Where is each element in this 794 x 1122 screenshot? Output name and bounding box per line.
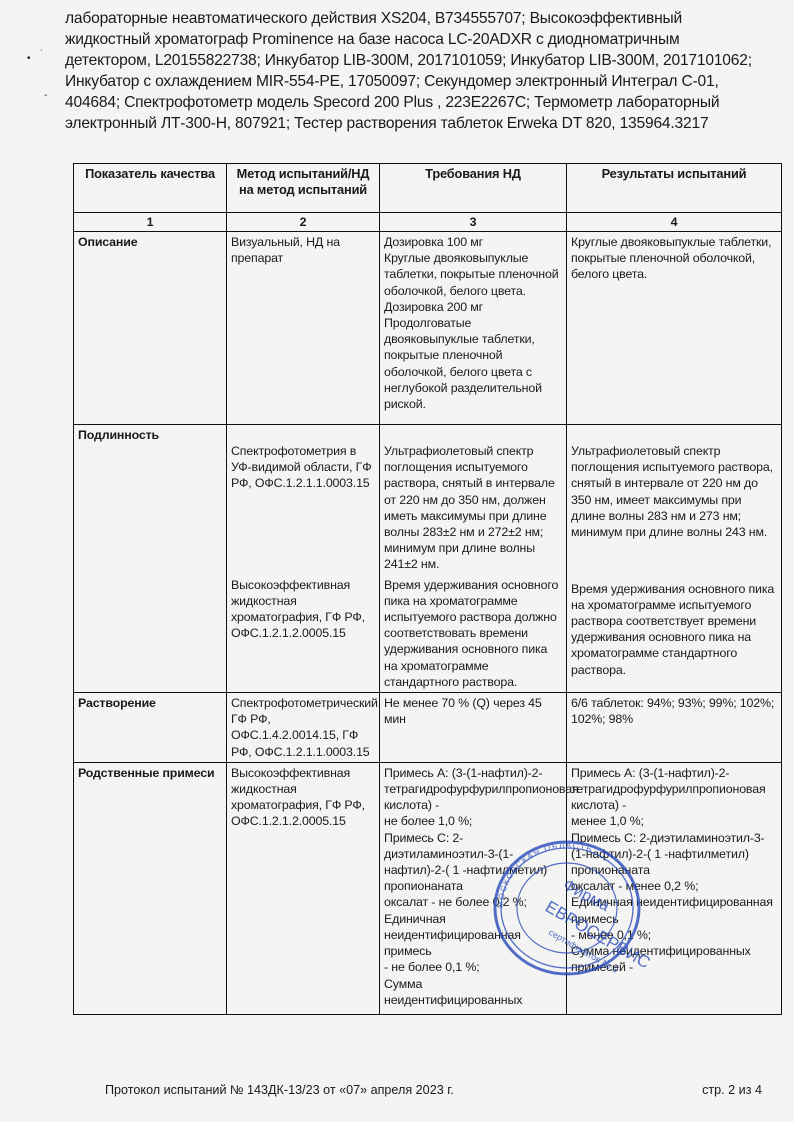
- impurity-c-name: Примесь С: 2-диэтиламиноэтил-3-(1-нафтил…: [384, 830, 562, 895]
- impurity-a-result: менее 1,0 %;: [571, 813, 777, 829]
- col-num-2: 2: [227, 213, 380, 232]
- table-row-description: Описание Визуальный, НД на препарат Дози…: [74, 232, 782, 425]
- table-row-identity-uv: Подлинность Спектрофотометрия в УФ-видим…: [74, 425, 782, 575]
- method-cell: Спектрофотометрия в УФ-видимой области, …: [227, 425, 380, 575]
- hplc-result-text: Время удерживания основного пика на хром…: [571, 581, 777, 678]
- col-num-1: 1: [74, 213, 227, 232]
- indicator-cell: Подлинность: [74, 425, 227, 693]
- sum-impurities-name: Сумма неидентифицированных: [384, 976, 562, 1008]
- dosage-100-description: Круглые двояковыпуклые таблетки, покрыты…: [384, 250, 562, 299]
- margin-tick-mark: ˊ: [40, 49, 43, 58]
- requirement-cell: Ультрафиолетовый спектр поглощения испыт…: [380, 425, 567, 575]
- header-method: Метод испытаний/НД на метод испытаний: [227, 164, 380, 213]
- single-impurity-name: Единичная неидентифицированная примесь: [384, 911, 562, 960]
- result-cell: 6/6 таблеток: 94%; 93%; 99%; 102%; 102%;…: [567, 693, 782, 763]
- requirement-cell: Не менее 70 % (Q) через 45 мин: [380, 693, 567, 763]
- test-results-table: Показатель качества Метод испытаний/НД н…: [73, 163, 782, 1015]
- impurity-a-limit: не более 1,0 %;: [384, 813, 562, 829]
- single-impurity-name: Единичная неидентифицированная примесь: [571, 894, 777, 926]
- method-cell: Визуальный, НД на препарат: [227, 232, 380, 425]
- protocol-reference: Протокол испытаний № 143ДК-13/23 от «07»…: [105, 1083, 454, 1097]
- uv-result-maxima: Ультрафиолетовый спектр поглощения испыт…: [571, 443, 777, 524]
- table-row-impurities: Родственные примеси Высокоэффективная жи…: [74, 762, 782, 1014]
- table-row-dissolution: Растворение Спектрофотометрический, ГФ Р…: [74, 693, 782, 763]
- method-cell: Высокоэффективная жидкостная хроматограф…: [227, 575, 380, 693]
- margin-dot-mark: •: [27, 53, 31, 64]
- result-cell: Круглые двояковыпуклые таблетки, покрыты…: [567, 232, 782, 425]
- impurity-c-limit: оксалат - не более 0,2 %;: [384, 894, 562, 910]
- uv-result-minimum: минимум при длине волны 243 нм.: [571, 524, 777, 540]
- single-impurity-limit: - не более 0,1 %;: [384, 959, 562, 975]
- requirement-cell: Дозировка 100 мг Круглые двояковыпуклые …: [380, 232, 567, 425]
- page-number: стр. 2 из 4: [702, 1083, 762, 1097]
- method-cell: Высокоэффективная жидкостная хроматограф…: [227, 762, 380, 1014]
- column-number-row: 1 2 3 4: [74, 213, 782, 232]
- result-cell: Время удерживания основного пика на хром…: [567, 575, 782, 693]
- indicator-cell: Родственные примеси: [74, 762, 227, 1014]
- header-requirements: Требования НД: [380, 164, 567, 213]
- single-impurity-result: - менее 0,1 %;: [571, 927, 777, 943]
- equipment-list-text: лабораторные неавтоматического действия …: [65, 8, 765, 134]
- dosage-100-label: Дозировка 100 мг: [384, 234, 562, 250]
- uv-requirement-text: Ультрафиолетовый спектр поглощения испыт…: [384, 443, 562, 573]
- uv-method-text: Спектрофотометрия в УФ-видимой области, …: [231, 443, 375, 492]
- header-indicator: Показатель качества: [74, 164, 227, 213]
- table-header-row: Показатель качества Метод испытаний/НД н…: [74, 164, 782, 213]
- method-cell: Спектрофотометрический, ГФ РФ, ОФС.1.4.2…: [227, 693, 380, 763]
- result-cell: Ультрафиолетовый спектр поглощения испыт…: [567, 425, 782, 575]
- impurity-c-result: оксалат - менее 0,2 %;: [571, 878, 777, 894]
- impurity-a-name: Примесь А: (3-(1-нафтил)-2-тетрагидрофур…: [384, 765, 562, 814]
- requirement-cell: Время удерживания основного пика на хром…: [380, 575, 567, 693]
- col-num-3: 3: [380, 213, 567, 232]
- impurity-a-name: Примесь А: (3-(1-нафтил)-2-тетрагидрофур…: [571, 765, 777, 814]
- page-footer: Протокол испытаний № 143ДК-13/23 от «07»…: [105, 1083, 762, 1097]
- requirement-cell: Примесь А: (3-(1-нафтил)-2-тетрагидрофур…: [380, 762, 567, 1014]
- result-cell: Примесь А: (3-(1-нафтил)-2-тетрагидрофур…: [567, 762, 782, 1014]
- impurity-c-name: Примесь С: 2-диэтиламиноэтил-3-(1-нафтил…: [571, 830, 777, 879]
- indicator-cell: Растворение: [74, 693, 227, 763]
- dosage-200-label: Дозировка 200 мг: [384, 299, 562, 315]
- col-num-4: 4: [567, 213, 782, 232]
- indicator-cell: Описание: [74, 232, 227, 425]
- dosage-200-description: Продолговатые двояковыпуклые таблетки, п…: [384, 315, 562, 412]
- sum-impurities-name: Сумма неидентифицированных примесей -: [571, 943, 777, 975]
- margin-tick-mark-2: -: [44, 90, 47, 101]
- header-results: Результаты испытаний: [567, 164, 782, 213]
